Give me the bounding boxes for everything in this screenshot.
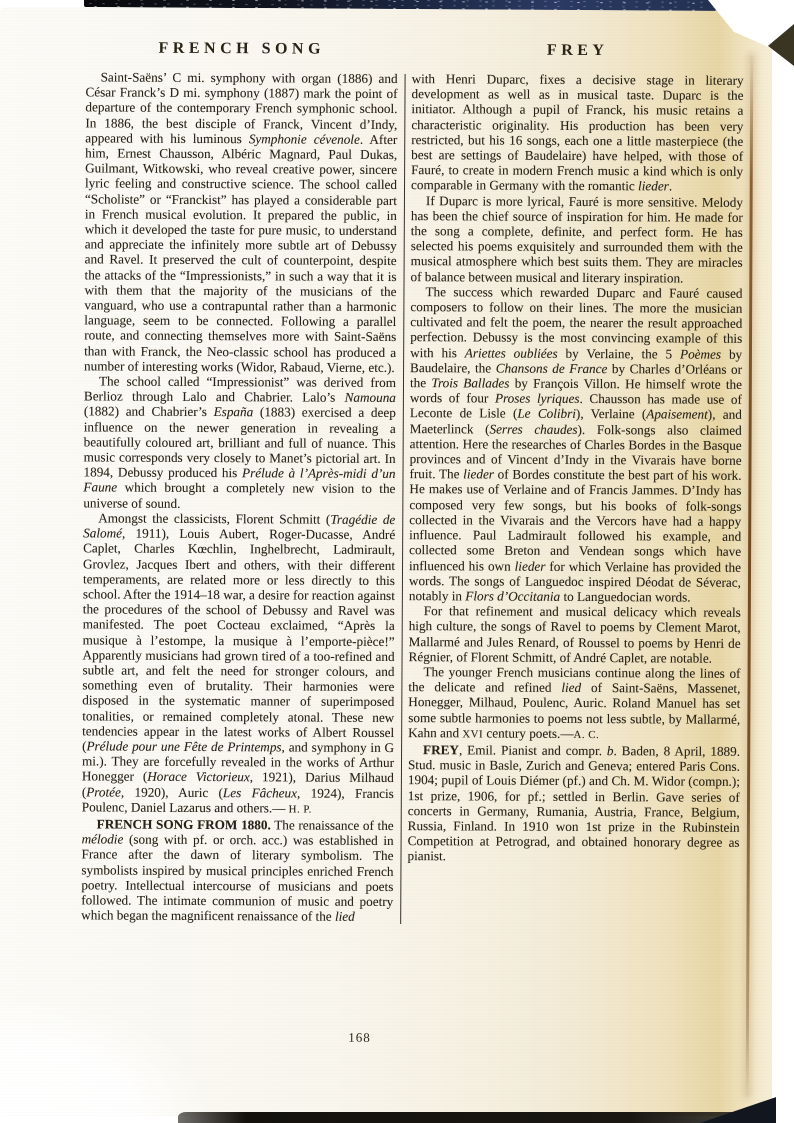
italic-title: Le Colibri	[517, 406, 576, 421]
italic-title: lied	[335, 909, 355, 924]
right-column: with Henri Duparc, fixes a decisive stag…	[407, 71, 743, 926]
text-run: (1882) and Chabrier’s	[84, 404, 214, 420]
running-heads: FRENCH SONG FREY	[86, 39, 744, 60]
text-run: to Languedocian words.	[560, 589, 690, 605]
text-run: The renaissance of the	[271, 817, 394, 833]
italic-title: Les Fâcheux	[223, 785, 297, 800]
italic-title: Symphonie cévenole	[249, 131, 360, 147]
italic-title: mélodie	[82, 832, 124, 847]
text-run: with Henri Duparc, fixes a decisive stag…	[411, 71, 744, 194]
paragraph: The success which rewarded Duparc and Fa…	[409, 284, 743, 605]
text-run: .	[669, 179, 672, 194]
text-run: which brought a completely new vision to…	[83, 480, 395, 511]
text-run: If Duparc is more lyrical, Fauré is more…	[411, 193, 743, 285]
page-number-value: 168	[348, 1030, 371, 1046]
paragraph: FRENCH SONG FROM 1880. The renaissance o…	[81, 816, 394, 924]
italic-title: lied	[561, 680, 581, 695]
italic-title: Poèmes	[680, 346, 721, 361]
paragraph: Amongst the classicists, Florent Schmitt…	[82, 510, 396, 818]
entry-headword: FRENCH SONG FROM 1880.	[97, 816, 271, 832]
text-run: Amongst the classicists, Florent Schmitt…	[98, 510, 330, 526]
italic-title: Prélude pour une Fête de Printemps	[86, 738, 281, 754]
text-run: . Baden, 8 April, 1889. Stud. music in B…	[407, 743, 740, 864]
italic-title: Serres chaudes	[489, 421, 577, 436]
column-divider-rule	[400, 74, 405, 924]
left-column: Saint-Saëns’ C mi. symphony with organ (…	[81, 69, 397, 924]
page-bottom-shadow	[178, 1112, 742, 1123]
italic-title: España	[214, 405, 254, 420]
paragraph: FREY, Emil. Pianist and compr. b. Baden,…	[407, 742, 740, 865]
paragraph: Saint-Saëns’ C mi. symphony with organ (…	[84, 69, 398, 375]
text-run: , Emil. Pianist and compr.	[459, 742, 607, 758]
italic-title: Apaisement	[646, 407, 708, 422]
italic-title: lieder	[463, 467, 494, 482]
text-run: , 1920), Auric (	[121, 784, 223, 800]
italic-title: Ariettes oubliées	[465, 345, 558, 360]
smallcaps-text: A. C.	[574, 729, 600, 741]
italic-title: Trois Ballades	[431, 375, 509, 390]
italic-title: Chansons de France	[496, 360, 608, 376]
running-head-left: FRENCH SONG	[86, 39, 398, 59]
smallcaps-text: XVI	[462, 728, 483, 740]
paragraph: with Henri Duparc, fixes a decisive stag…	[411, 71, 744, 194]
text-run: of Bordes constitute the best part of hi…	[409, 467, 742, 573]
paragraph: The younger French musicians continue al…	[408, 664, 740, 744]
italic-title: lieder	[515, 558, 546, 573]
italic-title: Flors d’Occitania	[465, 588, 560, 603]
text-run: , 1911), Louis Aubert, Roger-Ducasse, An…	[82, 526, 395, 754]
running-head-right: FREY	[412, 41, 744, 61]
italic-title: Horace Victorieux	[147, 769, 250, 785]
text-run: . After him, Ernest Chausson, Albéric Ma…	[84, 132, 397, 375]
smallcaps-text: H. P.	[289, 803, 312, 815]
text-run: by Verlaine, the 5	[558, 346, 680, 362]
italic-title: Proses lyriques	[495, 391, 580, 406]
text-columns: Saint-Saëns’ C mi. symphony with organ (…	[81, 69, 743, 926]
italic-title: lieder	[638, 179, 669, 194]
italic-title: Namouna	[345, 390, 396, 405]
entry-headword: FREY	[423, 742, 459, 757]
paragraph: For that refinement and musical delicacy…	[409, 603, 741, 666]
text-run: century poets.—	[483, 725, 574, 740]
text-run: ), Verlaine (	[576, 406, 646, 421]
text-run: For that refinement and musical delicacy…	[409, 603, 741, 665]
paragraph: The school called “Impressionist” was de…	[83, 373, 396, 511]
italic-title: Protée	[86, 784, 121, 799]
paragraph: If Duparc is more lyrical, Fauré is more…	[411, 193, 743, 286]
